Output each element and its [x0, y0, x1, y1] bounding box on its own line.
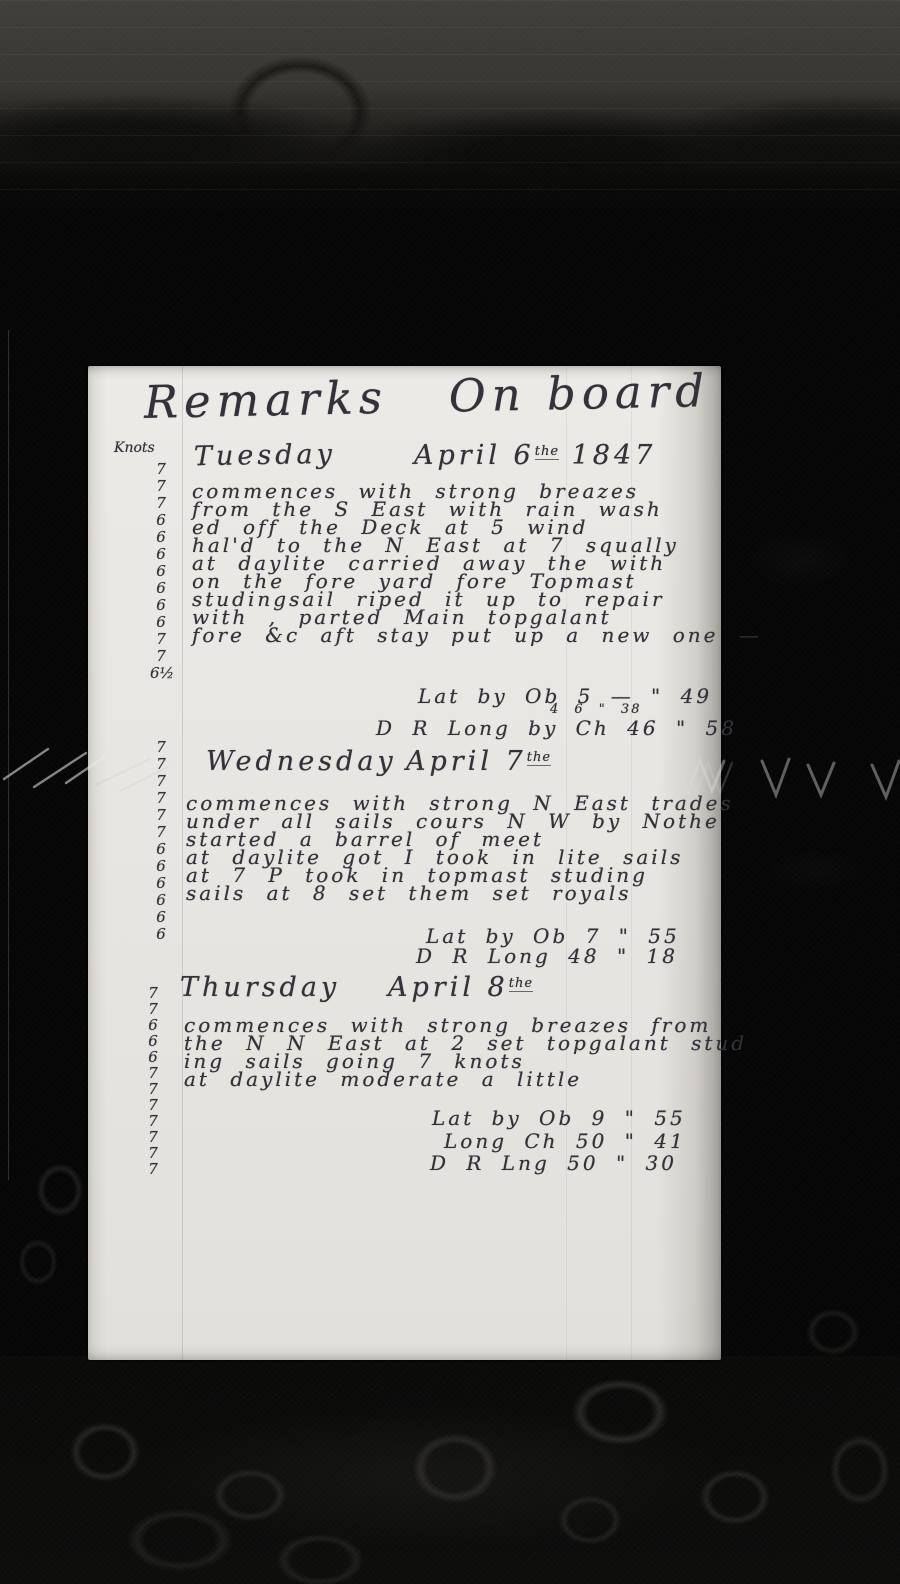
knots-value: 7 — [142, 1096, 164, 1112]
observation-line: Long Ch 50 " 41 — [444, 1129, 686, 1153]
knots-value: 6 — [142, 1048, 164, 1064]
knots-value: 7 — [142, 1128, 164, 1144]
log-line: at daylite moderate a little — [184, 1070, 747, 1088]
knots-value: 7 — [142, 1064, 164, 1080]
scratch-marks-left — [0, 733, 200, 805]
knots-column: 776667777777 — [142, 984, 164, 1176]
entry-header: Thursday April 8the — [88, 972, 721, 1008]
logbook-page: Remarks On board Knots Tuesday April 6th… — [88, 366, 721, 1360]
knots-value: 6 — [142, 1016, 164, 1032]
scanned-logbook-image: Remarks On board Knots Tuesday April 6th… — [0, 0, 900, 1584]
entry-date: April 8the — [388, 972, 533, 1003]
knots-value: 7 — [142, 1112, 164, 1128]
knots-value: 7 — [142, 1160, 164, 1176]
scratch-marks-right — [668, 735, 900, 815]
knots-value: 6 — [142, 1032, 164, 1048]
knots-value: 7 — [142, 1000, 164, 1016]
observation-line: Lat by Ob 9 " 55 — [432, 1106, 686, 1130]
observation-line: D R Lng 50 " 30 — [430, 1151, 677, 1175]
date-superscript: the — [509, 976, 533, 992]
knots-value: 7 — [142, 1080, 164, 1096]
knots-value: 7 — [142, 1144, 164, 1160]
log-entry-thursday: Thursday April 8the 776667777777 commenc… — [88, 366, 721, 1360]
log-text: commences with strong breazes fromthe N … — [184, 1016, 747, 1088]
knots-value: 7 — [142, 984, 164, 1000]
day-name: Thursday — [180, 972, 340, 1003]
